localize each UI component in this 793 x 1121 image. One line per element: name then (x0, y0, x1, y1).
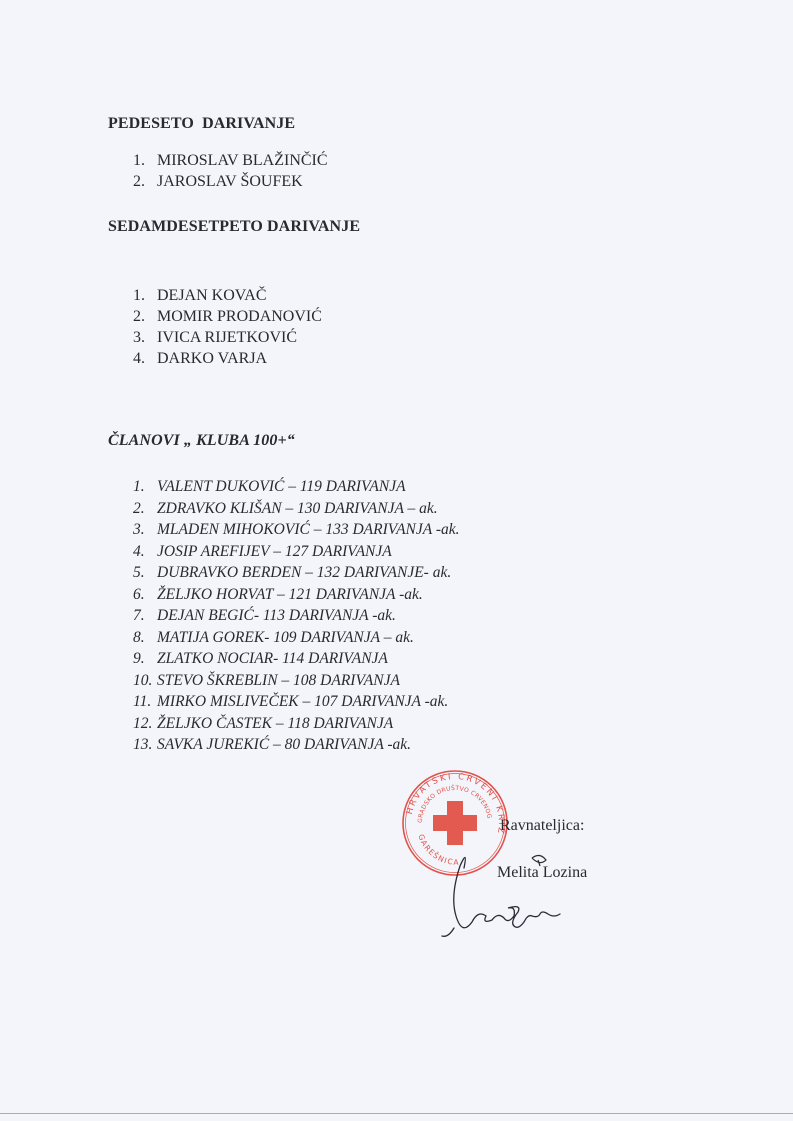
list-item: 3.IVICA RIJETKOVIĆ (133, 327, 322, 348)
document-page: PEDESETO DARIVANJE 1.MIROSLAV BLAŽINČIĆ … (0, 0, 793, 1121)
list-item: 11.MIRKO MISLIVEČEK – 107 DARIVANJA -ak. (133, 691, 460, 713)
list-item: 2.JAROSLAV ŠOUFEK (133, 171, 328, 192)
list-fiftieth-donation: 1.MIROSLAV BLAŽINČIĆ 2.JAROSLAV ŠOUFEK (133, 150, 328, 192)
list-item: 12.ŽELJKO ČASTEK – 118 DARIVANJA (133, 713, 460, 735)
list-item: 1.VALENT DUKOVIĆ – 119 DARIVANJA (133, 476, 460, 498)
list-item: 2.ZDRAVKO KLIŠAN – 130 DARIVANJA – ak. (133, 498, 460, 520)
list-item: 4.JOSIP AREFIJEV – 127 DARIVANJA (133, 541, 460, 563)
page-bottom-border (0, 1113, 793, 1114)
section-heading-club-100: ČLANOVI „ KLUBA 100+“ (108, 432, 295, 450)
list-item: 10.STEVO ŠKREBLIN – 108 DARIVANJA (133, 670, 460, 692)
section-heading-fiftieth-donation: PEDESETO DARIVANJE (108, 115, 295, 133)
list-club-100-members: 1.VALENT DUKOVIĆ – 119 DARIVANJA 2.ZDRAV… (133, 476, 460, 756)
list-item: 8.MATIJA GOREK- 109 DARIVANJA – ak. (133, 627, 460, 649)
handwritten-signature-icon (434, 838, 594, 948)
list-item: 7.DEJAN BEGIĆ- 113 DARIVANJA -ak. (133, 605, 460, 627)
list-item: 2.MOMIR PRODANOVIĆ (133, 306, 322, 327)
list-item: 1.DEJAN KOVAČ (133, 285, 322, 306)
list-item: 13.SAVKA JUREKIĆ – 80 DARIVANJA -ak. (133, 734, 460, 756)
list-item: 5.DUBRAVKO BERDEN – 132 DARIVANJE- ak. (133, 562, 460, 584)
list-item: 4.DARKO VARJA (133, 348, 322, 369)
list-item: 1.MIROSLAV BLAŽINČIĆ (133, 150, 328, 171)
list-seventy-fifth-donation: 1.DEJAN KOVAČ 2.MOMIR PRODANOVIĆ 3.IVICA… (133, 285, 322, 369)
section-heading-seventy-fifth-donation: SEDAMDESETPETO DARIVANJE (108, 218, 360, 236)
signature-title: Ravnateljica: (500, 817, 584, 835)
list-item: 3.MLADEN MIHOKOVIĆ – 133 DARIVANJA -ak. (133, 519, 460, 541)
list-item: 9.ZLATKO NOCIAR- 114 DARIVANJA (133, 648, 460, 670)
list-item: 6.ŽELJKO HORVAT – 121 DARIVANJA -ak. (133, 584, 460, 606)
